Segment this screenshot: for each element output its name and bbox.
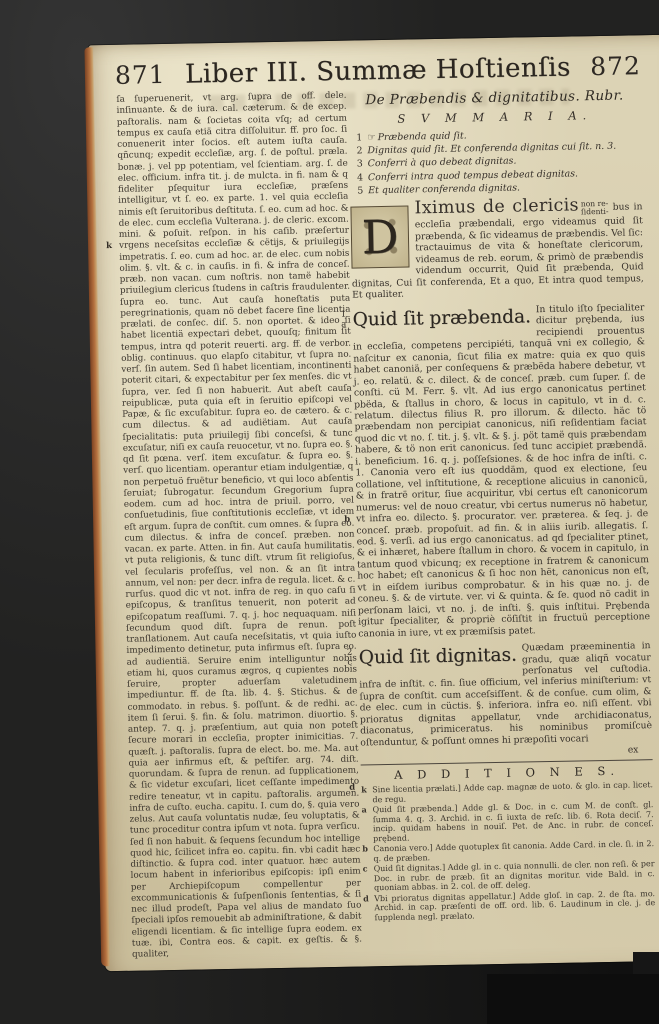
book-page: 871 Liber III. Summæ Hoſtienſis 872 k ſa… — [88, 35, 659, 971]
note-letter: k — [361, 786, 367, 796]
additiones-note: c Quid ſit dignitas.] Adde gl. in c. qui… — [363, 859, 655, 893]
running-title: Liber III. Summæ Hoſtienſis — [185, 53, 571, 90]
text-columns: k ſa ſuperuenerit, vt arg. ſupra de off.… — [116, 85, 656, 961]
summaria-number: 5 — [350, 184, 368, 198]
section-marginal-refs: 2c — [344, 648, 356, 668]
summaria-number: 1 — [349, 131, 367, 145]
chapter-rubric: De Præbendis & dignitatibus. Rubr. — [348, 87, 640, 108]
summaria-number: 3 — [350, 158, 368, 172]
page-number-right: 872 — [590, 51, 641, 81]
page-content: 871 Liber III. Summæ Hoſtienſis 872 k ſa… — [89, 51, 659, 987]
section-quid-sit-dignitas: 2c Quid ſit dignitas. Quædam præeminenti… — [359, 640, 653, 748]
summaria-number: 2 — [349, 144, 367, 158]
additiones-note: a Quid ſit præbenda.] Adde gl. & Doc. in… — [362, 800, 655, 843]
running-header: 871 Liber III. Summæ Hoſtienſis 872 — [115, 51, 641, 91]
note-text: Quid ſit dignitas.] Adde gl. in c. quia … — [374, 859, 655, 892]
note-letter: b — [362, 845, 368, 855]
note-text: Vbi prioratus dignitas appellatur.] Adde… — [374, 889, 655, 922]
marginal-letter-k: k — [106, 241, 112, 252]
page-number-left: 871 — [115, 60, 166, 90]
section-body-text: In titulo iſto ſpecialiter dicitur prębe… — [353, 302, 650, 639]
scanned-book-photo: { "header": { "left_page_number": "871",… — [0, 0, 659, 1024]
marginal-letter-d: d — [349, 783, 355, 793]
note-letter: c — [363, 865, 368, 875]
drop-cap-initial: D — [351, 206, 410, 269]
left-column: k ſa ſuperuenerit, vt arg. ſupra de off.… — [116, 91, 362, 961]
summaria-number: 4 — [350, 171, 368, 185]
note-letter: d — [363, 894, 369, 904]
background-dark-corner — [487, 974, 659, 1024]
marginal-letter-b: b — [344, 515, 350, 525]
section-quid-sit-praebenda: 1a Quid ſit præbenda. In titulo iſto ſpe… — [352, 302, 650, 639]
section-marginal-refs: 1a — [337, 310, 349, 330]
note-letter: a — [362, 806, 367, 816]
left-column-text: ſa ſuperuenerit, vt arg. ſupra de off. d… — [116, 91, 362, 960]
intro-lead-text: Iximus de clericis — [414, 195, 579, 218]
summaria-text: Et qualiter conferenda dignitas. — [368, 181, 520, 197]
intro-side-note: non re-ſidenti- — [581, 200, 609, 217]
summaria-title: S V M M A R I A. — [349, 107, 641, 126]
right-column: b d De Præbendis & dignitatibus. Rubr. S… — [346, 85, 656, 956]
section-heading: Quid ſit præbenda. — [352, 305, 531, 331]
intro-paragraph: DIximus de clericisnon re-ſidenti- bus i… — [350, 199, 644, 301]
section-heading: Quid ſit dignitas. — [359, 644, 517, 670]
additiones-note: d Vbi prioratus dignitas appellatur.] Ad… — [363, 889, 655, 923]
manicule-icon: ☞ — [367, 132, 376, 143]
additiones-title: A D D I T I O N E S. — [361, 763, 653, 782]
note-text: Quid ſit præbenda.] Adde gl. & Doc. in c… — [373, 800, 654, 843]
